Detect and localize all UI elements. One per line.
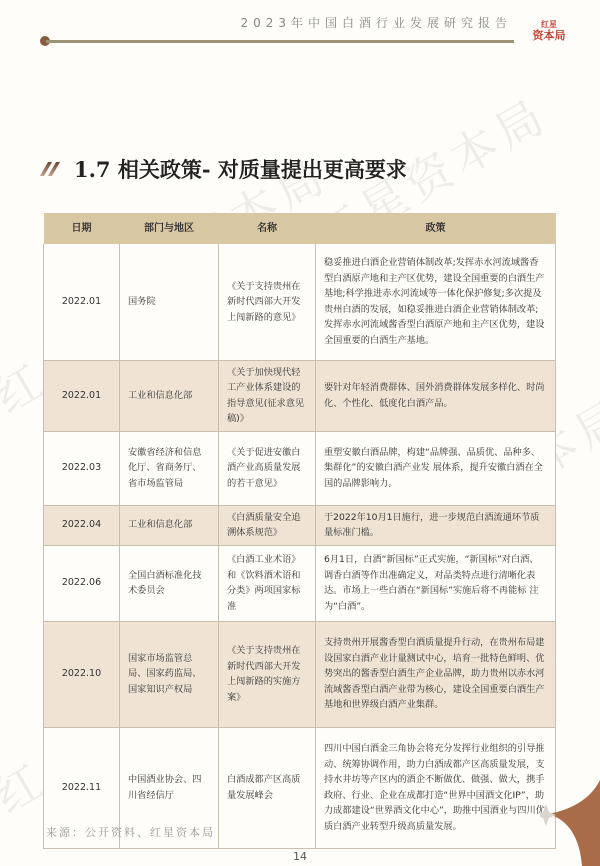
- cell-dept: 安徽省经济和信息化厅、省商务厅、省市场监管局: [120, 431, 219, 505]
- cell-dept: 国家市场监管总局、国家药监局、国家知识产权局: [120, 621, 219, 727]
- cell-date: 2022.06: [44, 545, 120, 621]
- cell-dept: 工业和信息化部: [120, 360, 219, 431]
- cell-dept: 全国白酒标准化技术委员会: [120, 545, 219, 621]
- cell-name: 《关于加快现代轻工产业体系建设的指导意见(征求意见稿)》: [219, 360, 316, 431]
- double-slash-icon: [40, 162, 62, 176]
- cell-policy: 四川中国白酒金三角协会将充分发挥行业组织的引导推动、统筹协调作用，助力白酒成都产…: [316, 727, 556, 848]
- column-header-name: 名称: [219, 213, 316, 244]
- cell-name: 《白酒工业术语》和《饮料酒术语和分类》两项国家标准: [219, 545, 316, 621]
- cell-policy: 于2022年10月1日施行，进一步规范白酒流通环节质量标准门槛。: [316, 505, 556, 545]
- cell-date: 2022.01: [44, 244, 120, 360]
- report-title: 2023年中国白酒行业发展研究报告: [196, 14, 512, 31]
- table-row: 2022.10 国家市场监管总局、国家药监局、国家知识产权局 《关于支持贵州在新…: [44, 621, 556, 727]
- header-rule: [46, 40, 514, 43]
- cell-name: 《关于促进安徽白酒产业高质量发展的若干意见》: [219, 431, 316, 505]
- cell-date: 2022.01: [44, 360, 120, 431]
- column-header-date: 日期: [44, 213, 120, 244]
- brand-logo: 红星 资本局: [524, 20, 574, 41]
- column-header-dept: 部门与地区: [120, 213, 219, 244]
- table-header-row: 日期 部门与地区 名称 政策: [44, 213, 556, 244]
- policy-table: 日期 部门与地区 名称 政策 2022.01 国务院 《关于支持贵州在新时代西部…: [43, 213, 556, 849]
- cell-date: 2022.04: [44, 505, 120, 545]
- section-title: 1.7 相关政策- 对质量提出更高要求: [74, 154, 407, 184]
- cell-policy: 支持贵州开展酱香型白酒质量提升行动，在贵州布局建设国家白酒产业计量测试中心，培育…: [316, 621, 556, 727]
- column-header-policy: 政策: [316, 213, 556, 244]
- page-number: 14: [0, 850, 600, 863]
- logo-line1: 红星: [524, 20, 574, 28]
- cell-policy: 重塑安徽白酒品牌，构建“品牌强、品质优、品种多、集群化”的安徽白酒产业发 展体系…: [316, 431, 556, 505]
- section-heading: 1.7 相关政策- 对质量提出更高要求: [40, 154, 407, 184]
- table-row: 2022.04 工业和信息化部 《白酒质量安全追溯体系规范》 于2022年10月…: [44, 505, 556, 545]
- cell-name: 《白酒质量安全追溯体系规范》: [219, 505, 316, 545]
- source-note: 来源：公开资料、红星资本局: [46, 824, 215, 840]
- table-row: 2022.06 全国白酒标准化技术委员会 《白酒工业术语》和《饮料酒术语和分类》…: [44, 545, 556, 621]
- cell-date: 2022.03: [44, 431, 120, 505]
- cell-name: 《关于支持贵州在新时代西部大开发上闯新路的意见》: [219, 244, 316, 360]
- cell-dept: 工业和信息化部: [120, 505, 219, 545]
- cell-dept: 国务院: [120, 244, 219, 360]
- corner-decoration: [540, 780, 600, 866]
- logo-line2: 资本局: [524, 30, 574, 41]
- cell-policy: 稳妥推进白酒企业营销体制改革;发挥赤水河流域酱香型白酒原产地和主产区优势，建设全…: [316, 244, 556, 360]
- table-row: 2022.01 工业和信息化部 《关于加快现代轻工产业体系建设的指导意见(征求意…: [44, 360, 556, 431]
- cell-policy: 要针对年轻消费群体、国外消费群体发展多样化、时尚化、个性化、低度化白酒产品。: [316, 360, 556, 431]
- table-row: 2022.01 国务院 《关于支持贵州在新时代西部大开发上闯新路的意见》 稳妥推…: [44, 244, 556, 360]
- cell-name: 白酒成都产区高质量发展峰会: [219, 727, 316, 848]
- cell-policy: 6月1日，白酒“新国标”正式实施，“新国标”对白酒、调香白酒等作出准确定义，对品…: [316, 545, 556, 621]
- cell-date: 2022.10: [44, 621, 120, 727]
- table-row: 2022.03 安徽省经济和信息化厅、省商务厅、省市场监管局 《关于促进安徽白酒…: [44, 431, 556, 505]
- cell-name: 《关于支持贵州在新时代西部大开发上闯新路的实施方案》: [219, 621, 316, 727]
